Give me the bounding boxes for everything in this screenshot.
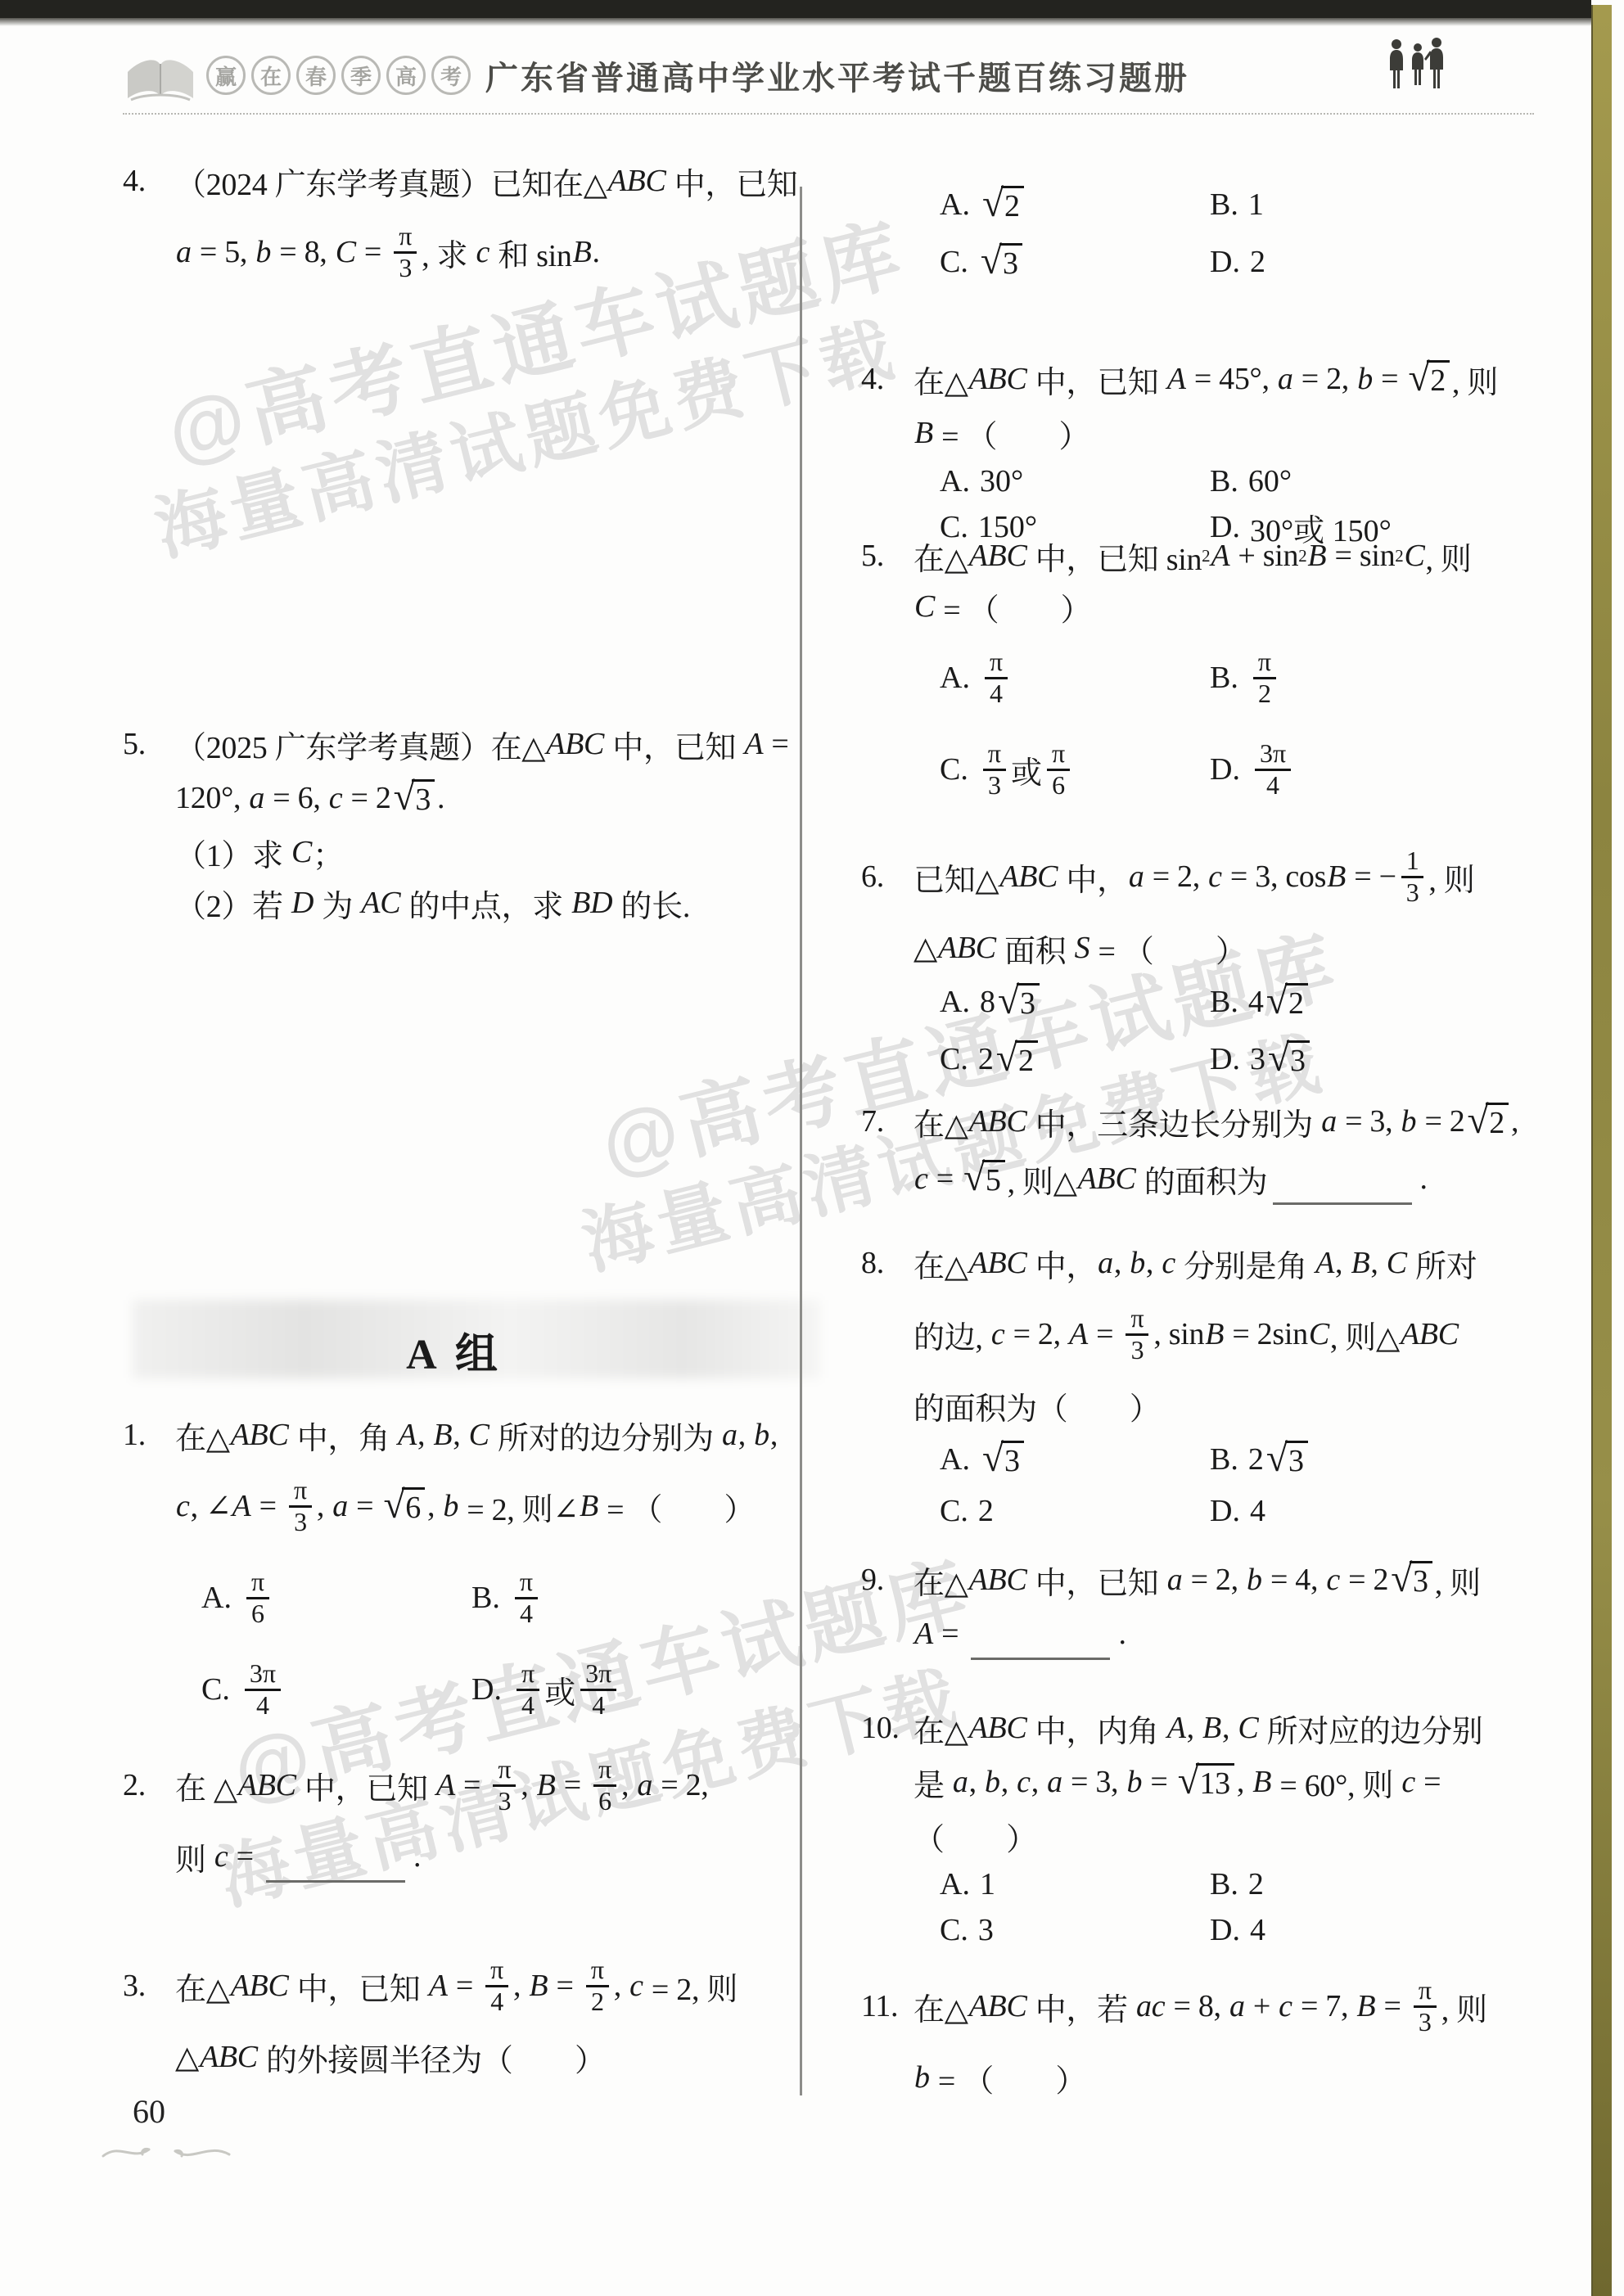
options-row: C.π3或π6D.3π4 xyxy=(861,724,1567,815)
math-text: = （ ） xyxy=(934,411,1089,456)
math-text: = 3, cos xyxy=(1223,859,1326,895)
option-C: C.√3 xyxy=(940,243,1210,282)
option-label: B. xyxy=(1210,463,1238,499)
math-text: 的外接圆半径为（ ） xyxy=(259,2035,606,2080)
problem-line: 120°, a = 6, c = 2√3. xyxy=(123,769,786,827)
problem-line: c, ∠A = π3, a = √6, b = 2, 则∠B = （ ） xyxy=(123,1460,786,1552)
math-text: （ ） xyxy=(913,1814,1037,1859)
math-variable: B xyxy=(572,234,593,270)
fraction-denominator: 2 xyxy=(586,1987,609,2017)
math-text: 60° xyxy=(1248,463,1292,499)
problem-line: △ABC 面积 S = （ ） xyxy=(861,922,1567,973)
math-text: , 则△ xyxy=(1008,1157,1077,1202)
math-text: 中，内角 xyxy=(1028,1706,1166,1751)
math-variable: a xyxy=(636,1767,653,1803)
math-text: 已知△ xyxy=(913,855,999,900)
sqrt-expression: √3 xyxy=(982,1441,1024,1479)
math-text: 中，已知 xyxy=(297,1763,435,1808)
math-text: 中，已知 xyxy=(667,159,798,204)
math-text: = 2, xyxy=(653,1767,708,1803)
problem-r5: 5.在△ABC 中，已知 sin2A + sin2B = sin2C, 则C =… xyxy=(861,530,1567,815)
problem-line: 则 c = . xyxy=(123,1831,786,1882)
math-variable: ABC xyxy=(1400,1316,1459,1352)
option-D: D.2 xyxy=(1210,244,1567,280)
options-row: A.8√3B.4√2 xyxy=(861,973,1567,1031)
math-text: 则 xyxy=(175,1834,214,1879)
math-text: = 5, xyxy=(192,234,255,270)
problem-line: 8.在△ABC 中，a, b, c 分别是角 A, B, C 所对 xyxy=(861,1238,1567,1288)
fraction-denominator: 3 xyxy=(493,1787,516,1816)
math-variable: S xyxy=(1074,930,1091,966)
answer-blank xyxy=(1273,1171,1412,1205)
math-text: 中， xyxy=(1028,1241,1098,1286)
math-text: = xyxy=(764,726,788,762)
math-text: 4 xyxy=(1250,1493,1265,1529)
option-label: A. xyxy=(940,187,970,223)
math-text: 4 xyxy=(1248,984,1264,1020)
fraction-numerator: π xyxy=(586,1955,609,1987)
problem-number: 2. xyxy=(123,1767,175,1803)
math-text: , xyxy=(969,1764,984,1800)
sqrt-expression: √3 xyxy=(1268,1040,1310,1079)
math-text: 在△ xyxy=(175,1413,230,1458)
fraction: π6 xyxy=(1047,739,1070,801)
math-variable: c xyxy=(1325,1562,1341,1598)
fraction-numerator: π xyxy=(515,1568,538,1599)
fraction-numerator: π xyxy=(485,1955,508,1987)
math-text: = 8, xyxy=(1166,1988,1229,2024)
math-text: , xyxy=(317,1488,332,1524)
fraction: π3 xyxy=(493,1755,516,1816)
option-label: C. xyxy=(940,1041,968,1077)
problem-line: 7.在△ABC 中，三条边长分别为 a = 3, b = 2√2, xyxy=(861,1093,1567,1150)
fraction: 3π4 xyxy=(580,1659,616,1721)
math-text: 中，已知 xyxy=(1028,357,1166,402)
math-text: , xyxy=(513,1968,528,2004)
sqrt-expression: √3 xyxy=(981,243,1022,282)
option-B: B.π4 xyxy=(471,1568,786,1629)
problem-number: 11. xyxy=(861,1988,913,2024)
radicand: 2 xyxy=(1285,983,1308,1022)
math-text: , 求 xyxy=(422,230,475,275)
option-A: A.1 xyxy=(940,1866,1210,1902)
math-variable: B xyxy=(913,415,934,451)
math-text: 中，已知 xyxy=(290,1964,428,2009)
fraction-numerator: π xyxy=(1414,1976,1437,2008)
fraction-numerator: 3π xyxy=(245,1659,281,1691)
problem-line: △ABC 的外接圆半径为（ ） xyxy=(123,2032,786,2082)
fraction: π4 xyxy=(485,1955,508,2017)
option-label: B. xyxy=(1210,1866,1238,1902)
option-label: B. xyxy=(1210,984,1238,1020)
problem-line: 是 a, b, c, a = 3, b = √13, B = 60°, 则 c … xyxy=(861,1753,1567,1811)
math-variable: ABC xyxy=(545,726,605,762)
fraction-numerator: π xyxy=(985,647,1008,679)
answer-blank xyxy=(971,1626,1110,1660)
math-variable: c xyxy=(328,780,344,816)
math-variable: c xyxy=(629,1968,644,2004)
math-variable: C xyxy=(1403,538,1425,574)
math-text: 中， xyxy=(1058,855,1128,900)
math-text: , 则 xyxy=(1425,534,1471,579)
math-variable: c xyxy=(175,1488,191,1524)
option-label: A. xyxy=(940,660,970,696)
math-text: 3 xyxy=(1250,1041,1265,1077)
math-variable: ABC xyxy=(1077,1161,1137,1197)
math-text: = sin xyxy=(1327,538,1395,574)
math-text: , 则 xyxy=(1452,357,1498,402)
problem-number: 5. xyxy=(861,538,913,574)
math-text: , xyxy=(1031,1764,1046,1800)
math-text: = xyxy=(1143,1764,1175,1800)
math-text: 或 xyxy=(544,1667,575,1712)
math-variable: a xyxy=(332,1488,349,1524)
radicand: 3 xyxy=(1017,983,1040,1022)
math-variable: c xyxy=(990,1316,1006,1352)
math-variable: b xyxy=(753,1417,770,1453)
options-row: A.π4B.π2 xyxy=(861,632,1567,724)
math-variable: a xyxy=(1097,1245,1114,1281)
math-variable: c xyxy=(475,234,490,270)
problem-l4: 4.（2024 广东学考真题）已知在△ABC 中，已知a = 5, b = 8,… xyxy=(123,156,786,298)
fraction: π3 xyxy=(394,222,417,283)
math-text: = xyxy=(548,1968,581,2004)
math-text: （1）求 xyxy=(175,830,291,875)
math-text: , 则 xyxy=(1441,1984,1487,2029)
math-variable: ABC xyxy=(237,1767,297,1803)
math-variable: a xyxy=(1046,1764,1063,1800)
math-text: 在△ xyxy=(913,534,968,579)
math-text: = 3, xyxy=(1063,1764,1126,1800)
problem-line: 5.（2025 广东学考真题）在△ABC 中，已知 A = xyxy=(123,719,786,769)
math-text: , 则 xyxy=(1435,1558,1481,1603)
problem-number: 8. xyxy=(861,1245,913,1281)
flourish-icon xyxy=(97,2138,236,2166)
math-text: = xyxy=(349,1488,381,1524)
option-label: B. xyxy=(471,1580,500,1616)
math-text: （2025 广东学考真题）在△ xyxy=(175,722,545,767)
sqrt-expression: √3 xyxy=(394,779,435,818)
problem-number: 4. xyxy=(861,361,913,397)
option-A: A.√2 xyxy=(940,186,1210,224)
option-C: C.π3或π6 xyxy=(940,739,1210,801)
problem-r4: 4.在△ABC 中，已知 A = 45°, a = 2, b = √2, 则B … xyxy=(861,350,1567,550)
math-variable: b xyxy=(1246,1562,1263,1598)
option-B: B.60° xyxy=(1210,463,1567,499)
problem-line: c = √5, 则△ABC 的面积为. xyxy=(861,1150,1567,1207)
math-text: . xyxy=(592,234,599,270)
math-text: , xyxy=(417,1417,432,1453)
problem-line: 4.（2024 广东学考真题）已知在△ABC 中，已知 xyxy=(123,156,786,206)
math-text: 所对 xyxy=(1408,1241,1477,1286)
math-text: 的长. xyxy=(613,881,690,926)
option-label: D. xyxy=(1210,1912,1240,1948)
options-row: C.3D.4 xyxy=(861,1907,1567,1953)
math-text: , xyxy=(1114,1245,1129,1281)
option-label: A. xyxy=(201,1580,232,1616)
math-text: 在△ xyxy=(913,1099,968,1144)
math-text: = 8, xyxy=(272,234,335,270)
option-label: C. xyxy=(940,244,968,280)
option-C: C.2 xyxy=(940,1493,1210,1529)
math-text: △ xyxy=(175,2039,199,2076)
math-variable: D xyxy=(291,885,314,921)
math-variable: B xyxy=(1356,1988,1376,2024)
math-text: 30° xyxy=(980,463,1023,499)
option-label: C. xyxy=(940,1912,968,1948)
option-A: A.8√3 xyxy=(940,983,1210,1022)
math-variable: a xyxy=(1277,361,1294,397)
options-row: A.√2B.1 xyxy=(861,176,1567,233)
fraction-denominator: 4 xyxy=(485,1987,508,2017)
math-variable: a xyxy=(248,780,265,816)
math-variable: a xyxy=(1128,859,1145,895)
math-text: = 2, xyxy=(1183,1562,1246,1598)
problem-line: a = 5, b = 8, C = π3, 求 c 和 sinB. xyxy=(123,206,786,298)
fraction: π4 xyxy=(985,647,1008,709)
math-variable: ABC xyxy=(968,1988,1028,2024)
radicand: 5 xyxy=(982,1160,1005,1198)
radicand: 3 xyxy=(999,243,1022,282)
math-text: = 2sin xyxy=(1225,1316,1308,1352)
math-text: , ∠ xyxy=(191,1488,232,1525)
math-text: , xyxy=(614,1968,629,2004)
option-label: C. xyxy=(940,1493,968,1529)
math-text: , xyxy=(621,1767,636,1803)
problem-number: 5. xyxy=(123,726,175,762)
fraction-denominator: 6 xyxy=(246,1599,269,1629)
math-text: = （ ） xyxy=(931,2055,1086,2100)
math-text: 在△ xyxy=(913,357,968,402)
sqrt-expression: √13 xyxy=(1178,1763,1234,1802)
math-variable: A xyxy=(743,726,764,762)
radicand: 2 xyxy=(1486,1103,1509,1141)
math-variable: ABC xyxy=(230,1968,290,2004)
sqrt-expression: √2 xyxy=(1266,983,1308,1022)
option-label: D. xyxy=(1210,751,1240,787)
option-label: D. xyxy=(1210,1041,1240,1077)
options-row: A.30°B.60° xyxy=(861,458,1567,504)
math-text: = 2 xyxy=(1417,1103,1464,1139)
math-variable: c xyxy=(1016,1764,1031,1800)
math-text: , xyxy=(427,1488,442,1524)
math-text: = 6, xyxy=(265,780,328,816)
option-label: A. xyxy=(940,1866,970,1902)
math-variable: a xyxy=(1166,1562,1184,1598)
math-text: 120°, xyxy=(175,780,248,816)
math-text: . xyxy=(413,1838,421,1874)
math-text: = xyxy=(1374,361,1406,397)
math-text: = 2, 则 xyxy=(644,1964,738,2009)
math-text: + xyxy=(1246,1988,1279,2024)
fraction-denominator: 4 xyxy=(985,679,1008,709)
math-text: , xyxy=(521,1767,535,1803)
math-variable: ABC xyxy=(230,1417,290,1453)
math-text: = xyxy=(934,1616,967,1652)
problem-number: 10. xyxy=(861,1710,913,1746)
math-text: 8 xyxy=(980,984,995,1020)
math-variable: c xyxy=(1207,859,1223,895)
problem-r9: 9.在△ABC 中，已知 a = 2, b = 4, c = 2√3, 则A =… xyxy=(861,1551,1567,1659)
option-label: C. xyxy=(201,1671,230,1707)
problem-line: （1）求 C； xyxy=(123,827,786,877)
math-text: = xyxy=(251,1488,284,1524)
sqrt-expression: √2 xyxy=(1408,360,1449,399)
sqrt-expression: √6 xyxy=(383,1487,424,1526)
radicand: 3 xyxy=(412,779,435,818)
fraction: π3 xyxy=(983,739,1006,801)
option-A: A.30° xyxy=(940,463,1210,499)
option-label: D. xyxy=(1210,244,1240,280)
problem-line: 9.在△ABC 中，已知 a = 2, b = 4, c = 2√3, 则 xyxy=(861,1551,1567,1608)
math-text: 在 △ xyxy=(175,1763,237,1808)
problem-line: b = （ ） xyxy=(861,2052,1567,2103)
math-text: = 2, xyxy=(1005,1316,1068,1352)
math-variable: AC xyxy=(360,885,401,921)
math-variable: A xyxy=(435,1767,456,1803)
math-variable: c xyxy=(1161,1245,1176,1281)
math-text: 在△ xyxy=(913,1706,968,1751)
problem-number: 1. xyxy=(123,1417,175,1453)
math-text: = 2, xyxy=(1294,361,1357,397)
math-variable: ac xyxy=(1135,1988,1166,2024)
math-variable: B xyxy=(1252,1764,1272,1800)
fraction: π2 xyxy=(586,1955,609,2017)
fraction-denominator: 6 xyxy=(593,1787,616,1816)
fraction-denominator: 2 xyxy=(1253,679,1276,709)
option-D: D.π4或3π4 xyxy=(471,1659,786,1721)
math-variable: b xyxy=(1126,1764,1143,1800)
problem-line: A = . xyxy=(861,1608,1567,1659)
radicand: 3 xyxy=(1287,1040,1310,1079)
math-variable: A xyxy=(1068,1316,1089,1352)
math-text: , xyxy=(1370,1245,1385,1281)
right-column: A.√2B.1C.√3D.24.在△ABC 中，已知 A = 45°, a = … xyxy=(861,0,1567,2296)
options-row: C.2√2D.3√3 xyxy=(861,1031,1567,1088)
left-column: 4.（2024 广东学考真题）已知在△ABC 中，已知a = 5, b = 8,… xyxy=(123,0,786,2296)
options-row: A.1B.2 xyxy=(861,1861,1567,1907)
math-variable: B xyxy=(1350,1245,1370,1281)
math-text: , xyxy=(1335,1245,1350,1281)
fraction: π3 xyxy=(289,1476,312,1537)
math-text: 1 xyxy=(980,1866,995,1902)
math-text: = 4, xyxy=(1263,1562,1326,1598)
problem-r8: 8.在△ABC 中，a, b, c 分别是角 A, B, C 所对的边, c =… xyxy=(861,1238,1567,1534)
math-variable: ABC xyxy=(968,1562,1028,1598)
option-D: D.3π4 xyxy=(1210,739,1567,801)
fraction-numerator: π xyxy=(394,222,417,254)
math-variable: b xyxy=(984,1764,1001,1800)
problem-number: 4. xyxy=(123,163,175,199)
math-text: 中，已知 xyxy=(1028,1558,1166,1603)
math-variable: b xyxy=(442,1488,459,1524)
fraction-denominator: 4 xyxy=(517,1691,539,1721)
radicand: 3 xyxy=(1410,1561,1432,1599)
math-text: 所对的边分别为 xyxy=(490,1413,721,1458)
fraction-numerator: π xyxy=(1047,739,1070,771)
problem-line: 的面积为（ ） xyxy=(861,1380,1567,1431)
option-A: A.π6 xyxy=(201,1568,471,1629)
math-text: = xyxy=(1376,1988,1409,2024)
math-variable: ABC xyxy=(199,2039,259,2075)
math-text: 1 xyxy=(1248,187,1264,223)
fraction: π6 xyxy=(593,1755,616,1816)
math-text: 是 xyxy=(913,1760,952,1805)
fraction-denominator: 3 xyxy=(394,254,417,283)
sqrt-expression: √2 xyxy=(1467,1103,1508,1141)
math-text: 面积 xyxy=(997,926,1074,971)
math-text: = xyxy=(449,1968,481,2004)
problem-line: C = （ ） xyxy=(861,581,1567,632)
math-text: = （ ） xyxy=(1090,926,1246,971)
answer-blank xyxy=(266,1849,405,1883)
math-text: , xyxy=(738,1417,753,1453)
option-label: B. xyxy=(1210,187,1238,223)
option-A: A.√3 xyxy=(940,1441,1210,1479)
fraction-denominator: 6 xyxy=(1047,771,1070,801)
option-A: A.π4 xyxy=(940,647,1210,709)
math-variable: A xyxy=(1315,1245,1335,1281)
math-text: = （ ） xyxy=(599,1484,755,1529)
math-variable: c xyxy=(913,1161,929,1197)
option-label: A. xyxy=(940,984,970,1020)
math-text: 2 xyxy=(1250,244,1265,280)
option-B: B.1 xyxy=(1210,187,1567,223)
column-divider xyxy=(800,187,802,2095)
sqrt-expression: √3 xyxy=(1391,1561,1432,1599)
math-variable: C xyxy=(335,234,357,270)
math-variable: b xyxy=(1129,1245,1146,1281)
math-variable: BD xyxy=(571,885,613,921)
math-text: 为 xyxy=(314,881,360,926)
math-text: （2024 广东学考真题）已知在△ xyxy=(175,159,607,204)
math-variable: B xyxy=(1204,1316,1225,1352)
fraction: 3π4 xyxy=(245,1659,281,1721)
math-text: △ xyxy=(913,930,937,967)
sqrt-expression: √2 xyxy=(996,1040,1038,1079)
problem-r11: 11.在△ABC 中，若 ac = 8, a + c = 7, B = π3, … xyxy=(861,1960,1567,2103)
math-variable: b xyxy=(913,2059,931,2095)
math-text: = 7, xyxy=(1293,1988,1356,2024)
math-text: 2 xyxy=(1248,1866,1264,1902)
math-text: 的中点，求 xyxy=(401,881,571,926)
math-text: , xyxy=(770,1417,778,1453)
math-text: = xyxy=(929,1161,962,1197)
math-variable: a xyxy=(721,1417,738,1453)
problem-r6: 6.已知△ABC 中，a = 2, c = 3, cosB = −13, 则△A… xyxy=(861,831,1567,1088)
math-text: = （ ） xyxy=(936,584,1091,629)
math-text: , xyxy=(1237,1764,1252,1800)
fraction-numerator: 3π xyxy=(580,1659,616,1691)
math-text: , 则△ xyxy=(1330,1312,1400,1357)
math-text: 中，若 xyxy=(1028,1984,1136,2029)
fraction-denominator: 3 xyxy=(1401,878,1424,908)
math-variable: b xyxy=(1401,1103,1418,1139)
math-variable: ABC xyxy=(937,930,997,966)
math-variable: A xyxy=(1210,538,1230,574)
math-variable: C xyxy=(913,589,936,625)
math-variable: C xyxy=(291,834,313,870)
math-text: = xyxy=(357,234,390,270)
radicand: 2 xyxy=(1015,1040,1038,1079)
math-variable: A xyxy=(1166,361,1187,397)
fraction-numerator: π xyxy=(493,1755,516,1787)
sqrt-expression: √2 xyxy=(982,186,1024,224)
problem-line: （ ） xyxy=(861,1811,1567,1861)
math-text: 中，三条边长分别为 xyxy=(1028,1099,1321,1144)
math-text: = 45°, xyxy=(1187,361,1277,397)
fraction-numerator: π xyxy=(983,739,1006,771)
